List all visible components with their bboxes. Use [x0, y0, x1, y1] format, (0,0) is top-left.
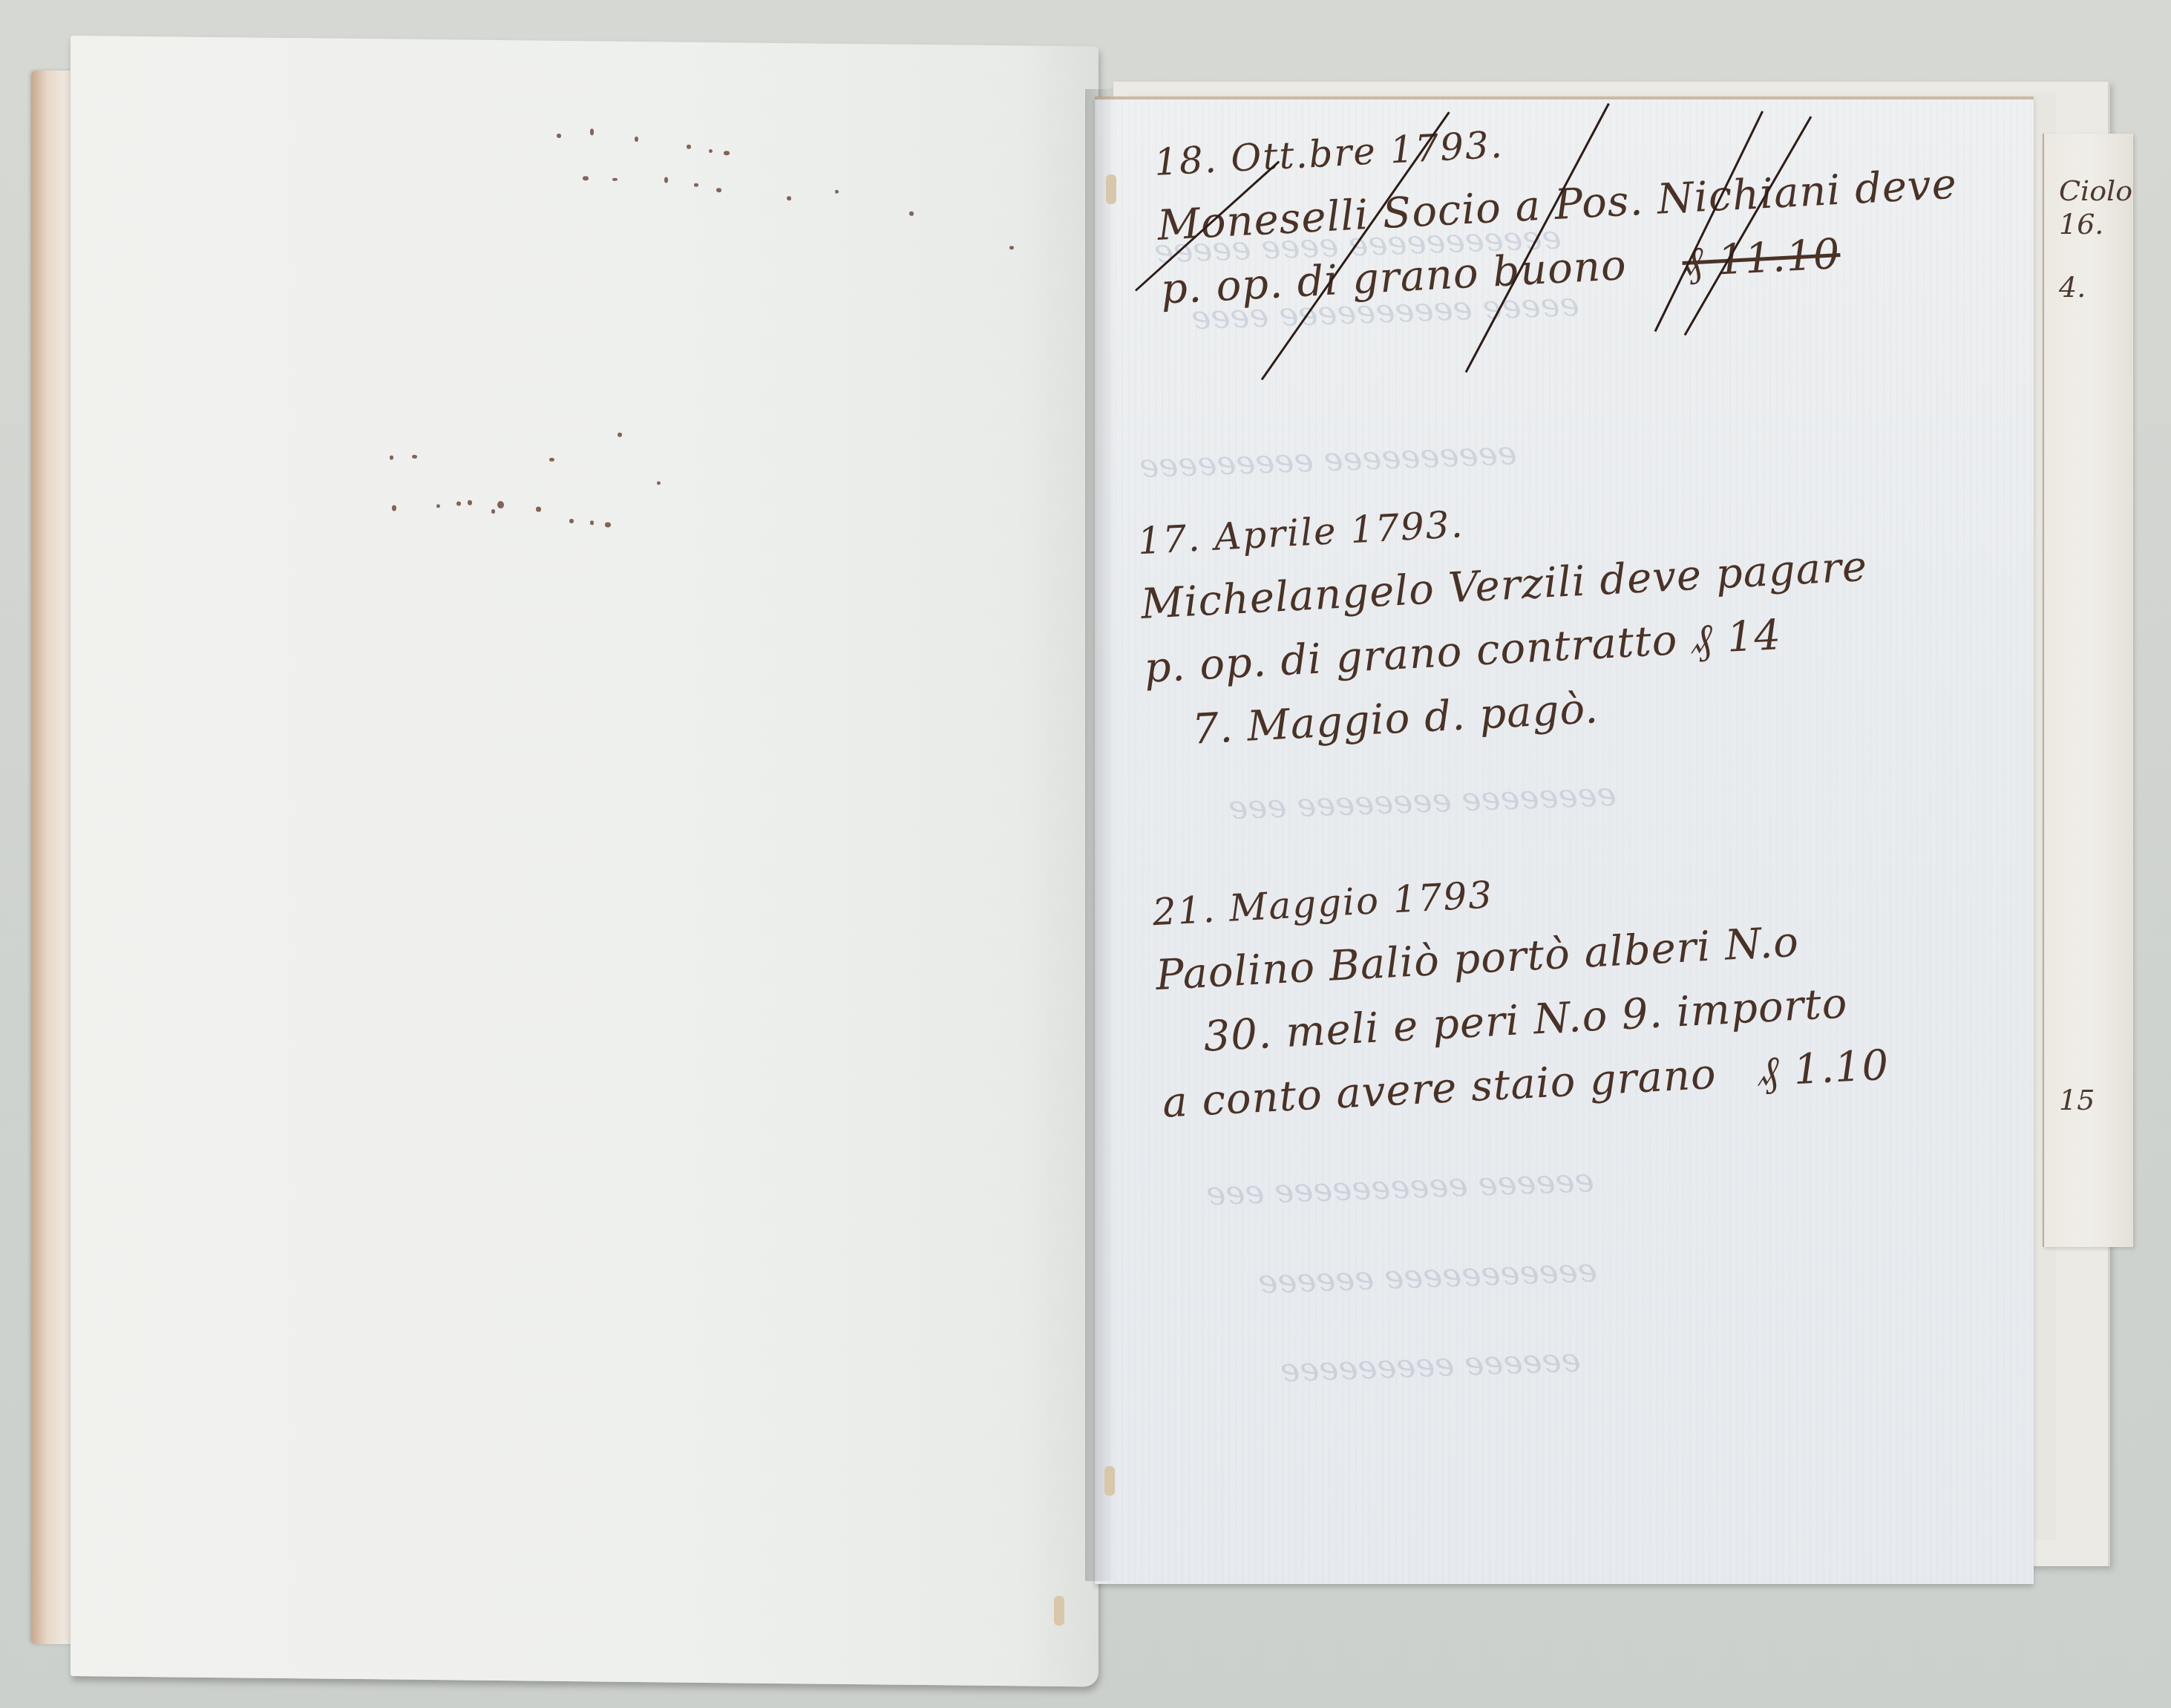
ink-speck — [590, 520, 594, 525]
show-through-text: eeeeeeeeee eeeeeeeee — [1139, 434, 1517, 485]
slip-number: Ciolo — [2059, 174, 2132, 207]
ink-speck — [909, 212, 914, 216]
show-through-text: eeeeeeeeeee eeeeee — [1257, 1251, 1597, 1301]
gutter-shadow — [1085, 89, 1115, 1581]
binding-thread — [1104, 1466, 1115, 1496]
ledger-entry-3: 21. Maggio 1793 Paolino Baliò portò albe… — [1151, 853, 1890, 1136]
ink-speck — [468, 500, 472, 505]
ink-speck — [491, 509, 495, 514]
ink-speck — [456, 501, 461, 505]
ink-speck — [716, 188, 721, 192]
ink-speck — [557, 134, 561, 138]
slip-number: 16. — [2059, 208, 2103, 241]
book-binding-edge — [31, 71, 76, 1644]
entry-amount: ₰ 1.10 — [1757, 1041, 1890, 1096]
show-through-text: eeeeeeee eeeeeeee eee — [1228, 776, 1617, 827]
ink-speck — [612, 178, 618, 181]
binding-thread — [1054, 1596, 1064, 1626]
ink-speck — [709, 149, 713, 153]
entry-amount: ₰ 11.10 — [1681, 230, 1841, 287]
ink-speck — [1009, 246, 1014, 249]
ink-speck — [436, 504, 440, 508]
ink-speck — [590, 128, 594, 135]
ink-speck — [569, 519, 574, 523]
slip-number: 15 — [2059, 1084, 2095, 1116]
ink-speck — [497, 501, 504, 508]
ink-speck — [583, 176, 589, 180]
slip-number: 4. — [2059, 271, 2086, 304]
ink-speck — [605, 523, 611, 528]
ink-speck — [412, 455, 417, 459]
ink-speck — [724, 151, 730, 155]
ledger-entry-2: 17. Aprile 1793. Michelangelo Verzili de… — [1136, 482, 1876, 765]
ink-speck — [787, 196, 791, 200]
ink-speck — [549, 458, 554, 462]
show-through-text: eeeeee eeeeeeeee — [1280, 1341, 1581, 1390]
ink-speck — [635, 137, 638, 142]
right-page: eeeeeeeeeee eeee eeeee eeeee eeeeeeeeee … — [1095, 96, 2034, 1584]
ink-speck — [618, 433, 622, 437]
ink-speck — [536, 507, 541, 512]
ink-speck — [687, 145, 691, 149]
ink-speck — [694, 183, 698, 187]
binding-thread — [1106, 174, 1116, 204]
left-page — [71, 36, 1098, 1687]
ink-speck — [657, 481, 661, 485]
ink-speck — [664, 177, 668, 183]
margin-slip: Ciolo 16. 4. 15 — [2043, 134, 2133, 1247]
ink-speck — [392, 505, 396, 511]
ink-speck — [390, 456, 393, 460]
ink-speck — [835, 190, 839, 194]
show-through-text: eeeeee eeeeeeeeee eee — [1205, 1162, 1594, 1213]
